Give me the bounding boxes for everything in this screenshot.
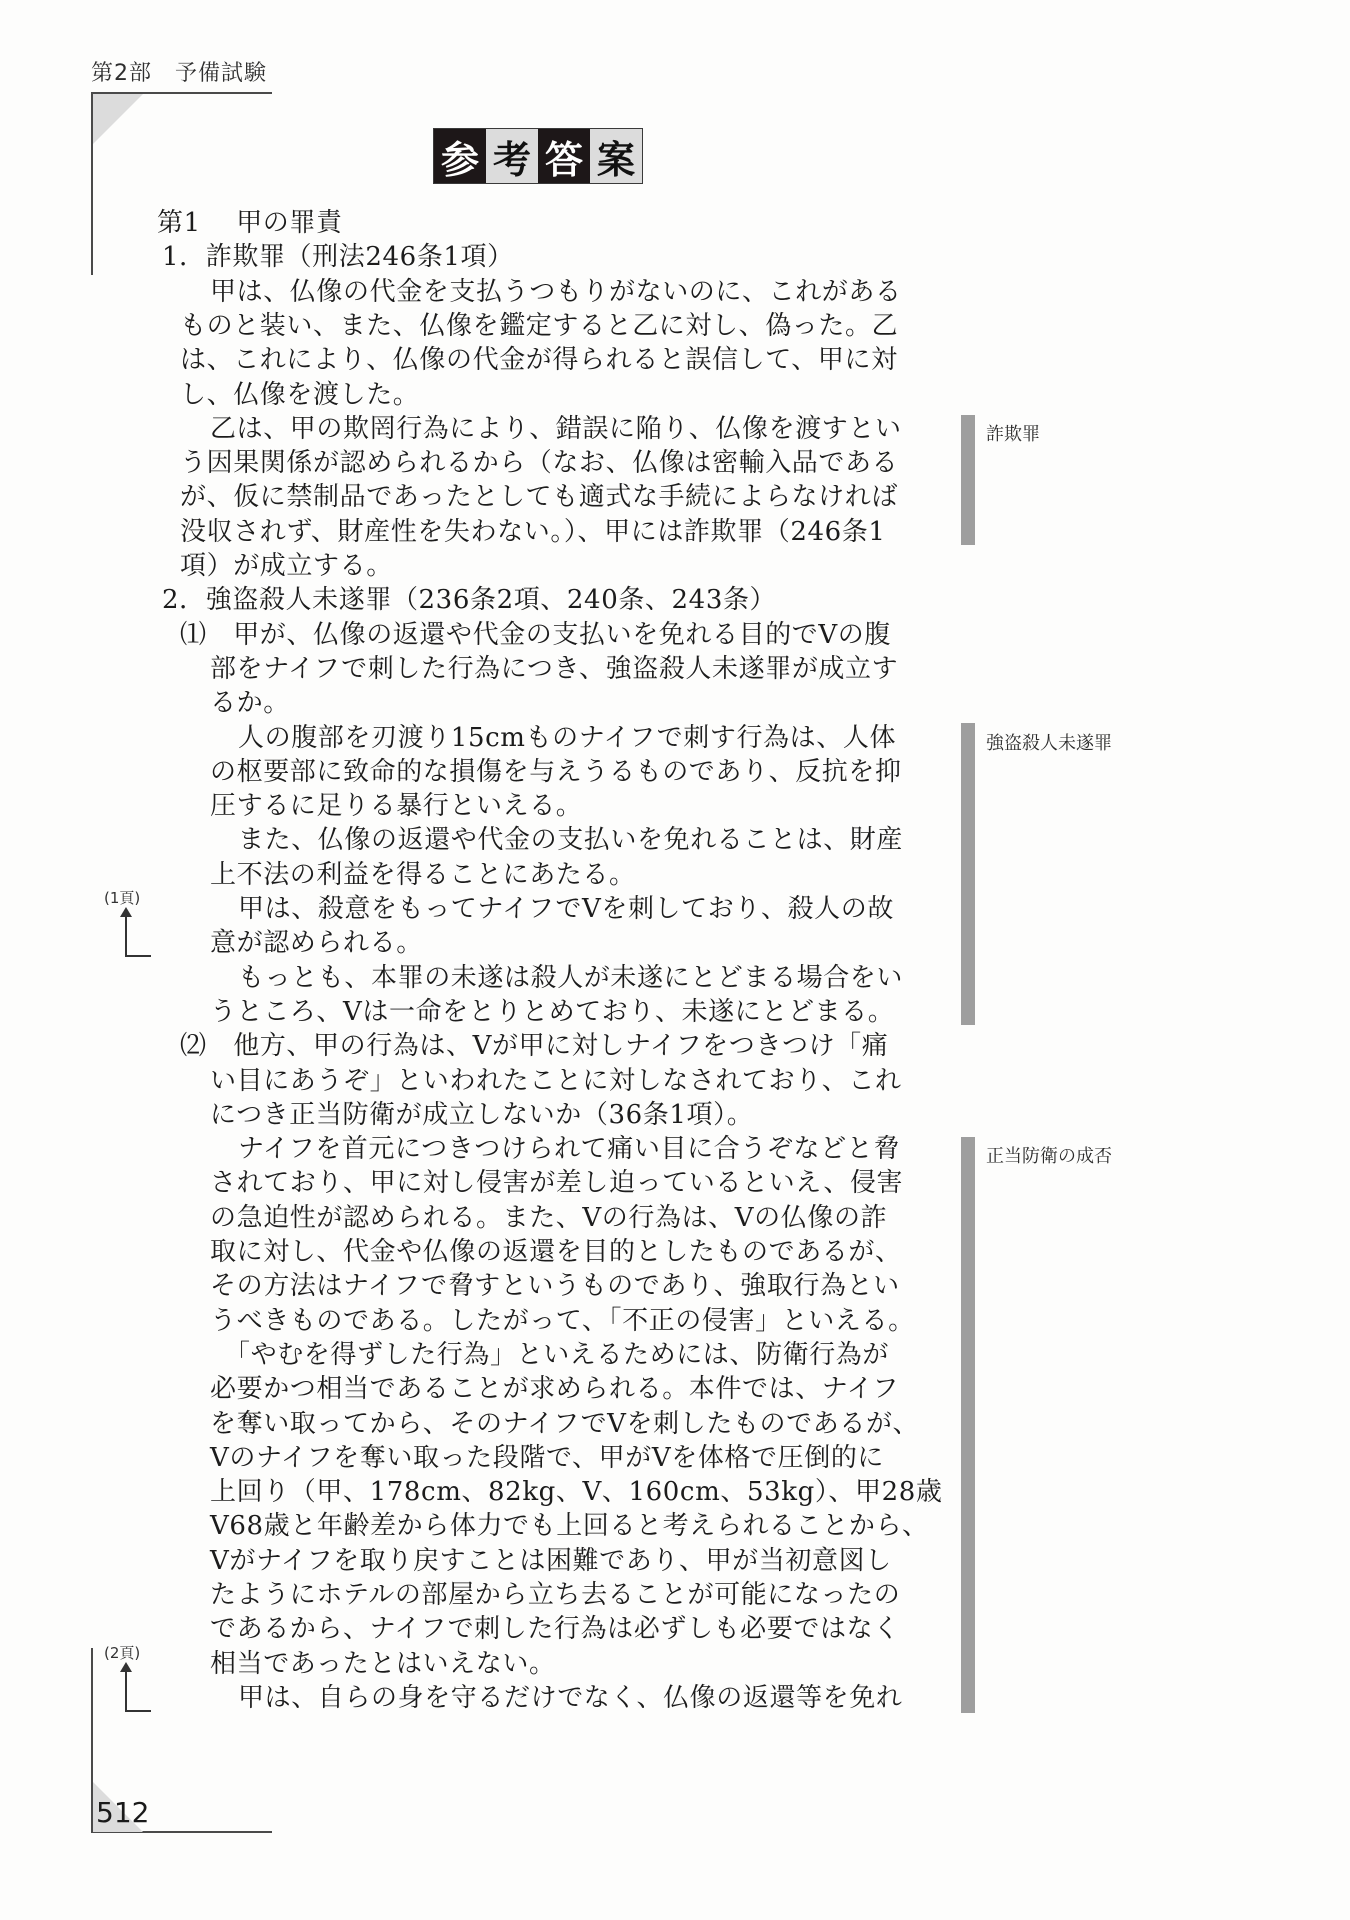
text-line: が、仮に禁制品であったとしても適式な手続によらなければ [180,480,898,514]
text-line: 部をナイフで刺した行為につき、強盗殺人未遂罪が成立す [210,652,898,686]
text-line: し、仏像を渡した。 [180,378,419,412]
text-line: 上不法の利益を得ることにあたる。 [210,858,636,892]
title-char-1: 参 [434,129,486,183]
text-line: されており、甲に対し侵害が差し迫っているといえ、侵害 [210,1166,903,1200]
text-line: 甲は、自らの身を守るだけでなく、仏像の返還等を免れ [238,1681,902,1715]
text-line: は、これにより、仏像の代金が得られると誤信して、甲に対 [180,343,898,377]
side-note-bar [961,1137,975,1713]
text-line: たようにホテルの部屋から立ち去ることが可能になったの [210,1578,900,1612]
text-line: 「やむを得ずした行為」といえるためには、防衛行為が [224,1338,889,1372]
text-line: V68歳と年齢差から体力でも上回ると考えられることから、 [210,1509,929,1543]
text-line: の枢要部に致命的な損傷を与えうるものであり、反抗を抑 [210,755,902,789]
page-number: 512 [96,1796,149,1829]
text-line: 必要かつ相当であることが求められる。本件では、ナイフ [210,1372,899,1406]
text-line: もっとも、本罪の未遂は殺人が未遂にとどまる場合をい [238,961,903,995]
text-line: につき正当防衛が成立しないか（36条1項）。 [210,1098,753,1132]
text-line: 第1 甲の罪責 [157,206,343,240]
corner-triangle-top [93,94,143,144]
text-line: 上回り（甲、178cm、82kg、V、160cm、53kg）、甲28歳 [210,1475,943,1509]
text-line: 取に対し、代金や仏像の返還を目的としたものであるが、 [210,1235,902,1269]
text-line: るか。 [210,686,290,720]
arrow-up-icon [125,913,151,957]
side-note-bar [961,415,975,545]
side-note-bar [961,723,975,1025]
page-marker-label: (1頁) [104,887,140,908]
text-line: うべきものである。したがって、「不正の侵害」といえる。 [210,1304,915,1338]
text-line: 意が認められる。 [210,926,423,960]
arrowhead-icon [120,1662,132,1672]
title-char-3: 答 [538,129,590,183]
text-line: また、仏像の返還や代金の支払いを免れることは、財産 [238,823,903,857]
arrow-up-icon [125,1668,151,1712]
text-line: ⑴ 甲が、仏像の返還や代金の支払いを免れる目的でVの腹 [180,618,891,652]
section-title: 参 考 答 案 [433,128,643,184]
text-line: Vのナイフを奪い取った段階で、甲がVを体格で圧倒的に [210,1441,884,1475]
text-line: 圧するに足りる暴行といえる。 [210,789,582,823]
text-line: 甲は、殺意をもってナイフでVを刺しており、殺人の故 [238,892,894,926]
arrowhead-icon [120,907,132,917]
text-line: ⑵ 他方、甲の行為は、Vが甲に対しナイフをつきつけ「痛 [180,1029,888,1063]
text-line: 人の腹部を刃渡り15cmものナイフで刺す行為は、人体 [238,721,896,755]
text-line: 項）が成立する。 [180,549,393,583]
text-line: であるから、ナイフで刺した行為は必ずしも必要ではなく [210,1612,900,1646]
side-note-label: 正当防衛の成否 [986,1142,1112,1168]
text-line: ものと装い、また、仏像を鑑定すると乙に対し、偽った。乙 [180,309,898,343]
text-line: う因果関係が認められるから（なお、仏像は密輸入品である [180,446,898,480]
text-line: 2．強盗殺人未遂罪（236条2項、240条、243条） [162,583,776,617]
text-line: 相当であったとはいえない。 [210,1647,556,1681]
title-char-2: 考 [486,129,538,183]
text-line: ナイフを首元につきつけられて痛い目に合うぞなどと脅 [238,1132,900,1166]
text-line: 没収されず、財産性を失わない。）、甲には詐欺罪（246条1 [180,515,886,549]
side-note-label: 詐欺罪 [986,420,1040,446]
text-line: の急迫性が認められる。また、Vの行為は、Vの仏像の詐 [210,1201,887,1235]
text-line: い目にあうぞ」といわれたことに対しなされており、これ [210,1064,902,1098]
text-line: 1．詐欺罪（刑法246条1項） [162,240,514,274]
text-line: Vがナイフを取り戻すことは困難であり、甲が当初意図し [210,1544,892,1578]
running-head: 第2部 予備試験 [91,56,267,87]
text-line: うところ、Vは一命をとりとめており、未遂にとどまる。 [210,995,894,1029]
text-line: を奪い取ってから、そのナイフでVを刺したものであるが、 [210,1407,919,1441]
text-line: 乙は、甲の欺罔行為により、錯誤に陥り、仏像を渡すとい [210,412,902,446]
text-line: 甲は、仏像の代金を支払うつもりがないのに、これがある [210,275,902,309]
title-char-4: 案 [590,129,642,183]
page-marker-label: (2頁) [104,1642,140,1663]
side-note-label: 強盗殺人未遂罪 [986,729,1112,755]
text-line: その方法はナイフで脅すというものであり、強取行為とい [210,1269,900,1303]
